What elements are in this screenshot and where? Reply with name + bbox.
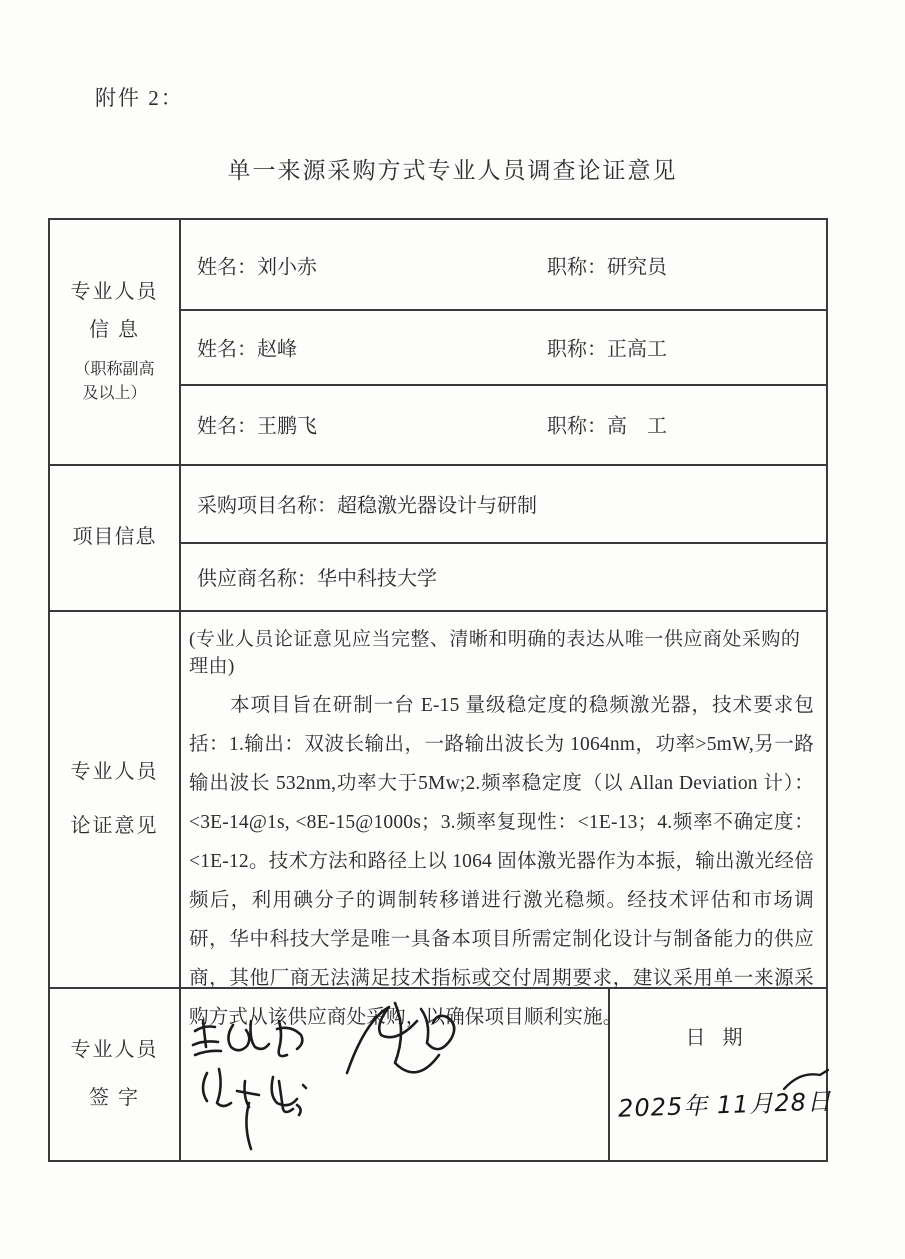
person-3-name-value: 王鹏飞: [257, 416, 317, 438]
person-3-name: 姓名：王鹏飞: [197, 410, 317, 439]
person-1-name-value: 刘小赤: [257, 256, 317, 278]
person-2-name: 姓名：赵峰: [197, 332, 297, 361]
person-3-title: 职称：高 工: [547, 410, 667, 439]
purchase-item-text: 采购项目名称：超稳激光器设计与研制: [197, 489, 537, 518]
signature-liu-xiaochi: [191, 1063, 317, 1160]
opinion-label-cell: 专业人员 论证意见: [50, 610, 179, 987]
person-2-title: 职称：正高工: [547, 332, 667, 361]
opinion-body-text: 本项目旨在研制一台 E-15 量级稳定度的稳频激光器，技术要求包括：1.输出：双…: [189, 686, 814, 1037]
signature-liu-xiaochi-ink: [191, 1063, 317, 1155]
opinion-content-cell: (专业人员论证意见应当完整、清晰和明确的表达从唯一供应商处采购的理由) 本项目旨…: [179, 610, 826, 987]
person-1-title-label: 职称：: [547, 256, 607, 278]
signature-label-cell: 专业人员 签 字: [50, 987, 179, 1160]
person-2-title-label: 职称：: [547, 338, 607, 360]
personnel-row-2: 姓名：赵峰 职称：正高工: [179, 309, 826, 384]
purchase-item-row: 采购项目名称：超稳激光器设计与研制: [179, 464, 826, 542]
personnel-row-3: 姓名：王鹏飞 职称：高 工: [179, 384, 826, 464]
scanned-document-page: 附件 2： 单一来源采购方式专业人员调查论证意见 专业人员 信 息 （职称副高 …: [0, 0, 905, 1259]
person-3-title-value: 高 工: [607, 416, 667, 438]
document-title: 单一来源采购方式专业人员调查论证意见: [0, 152, 905, 185]
project-info-label-cell: 项目信息: [50, 464, 179, 610]
attachment-label: 附件 2：: [95, 82, 184, 112]
signature-zhao-feng-ink: [337, 993, 469, 1099]
personnel-info-label-line1: 专业人员: [71, 278, 159, 306]
person-1-name-label: 姓名：: [197, 256, 257, 278]
stray-pen-stroke: [780, 1065, 832, 1098]
signature-zhao-feng: [337, 993, 469, 1104]
person-1-title-value: 研究员: [607, 256, 667, 278]
signature-label-line1: 专业人员: [71, 1036, 159, 1064]
form-table: 专业人员 信 息 （职称副高 及以上） 姓名：刘小赤 职称：研究员 姓名：赵峰 …: [48, 218, 828, 1162]
signature-area-cell: [179, 987, 608, 1160]
personnel-info-label-cell: 专业人员 信 息 （职称副高 及以上）: [50, 220, 179, 464]
personnel-info-note-line2: 及以上）: [74, 382, 154, 406]
personnel-info-note-line1: （职称副高: [74, 358, 154, 382]
person-1-name: 姓名：刘小赤: [197, 250, 317, 279]
supplier-text: 供应商名称：华中科技大学: [197, 562, 437, 591]
person-2-title-value: 正高工: [607, 338, 667, 360]
personnel-row-1: 姓名：刘小赤 职称：研究员: [179, 220, 826, 309]
person-3-title-label: 职称：: [547, 416, 607, 438]
opinion-label-line1: 专业人员: [71, 758, 159, 786]
opinion-instruction-note: (专业人员论证意见应当完整、清晰和明确的表达从唯一供应商处采购的理由): [189, 624, 814, 678]
project-info-label: 项目信息: [73, 523, 157, 551]
date-cell: 日 期 2025年 11月28日: [608, 987, 826, 1160]
supplier-row: 供应商名称：华中科技大学: [179, 542, 826, 610]
person-1-title: 职称：研究员: [547, 250, 667, 279]
person-3-name-label: 姓名：: [197, 416, 257, 438]
personnel-info-note: （职称副高 及以上）: [74, 358, 154, 406]
person-2-name-value: 赵峰: [257, 338, 297, 360]
signature-label-line2: 签 字: [89, 1084, 140, 1112]
personnel-info-label-line2: 信 息: [89, 316, 140, 344]
date-label: 日 期: [608, 1021, 826, 1050]
person-2-name-label: 姓名：: [197, 338, 257, 360]
opinion-label-line2: 论证意见: [71, 812, 159, 840]
